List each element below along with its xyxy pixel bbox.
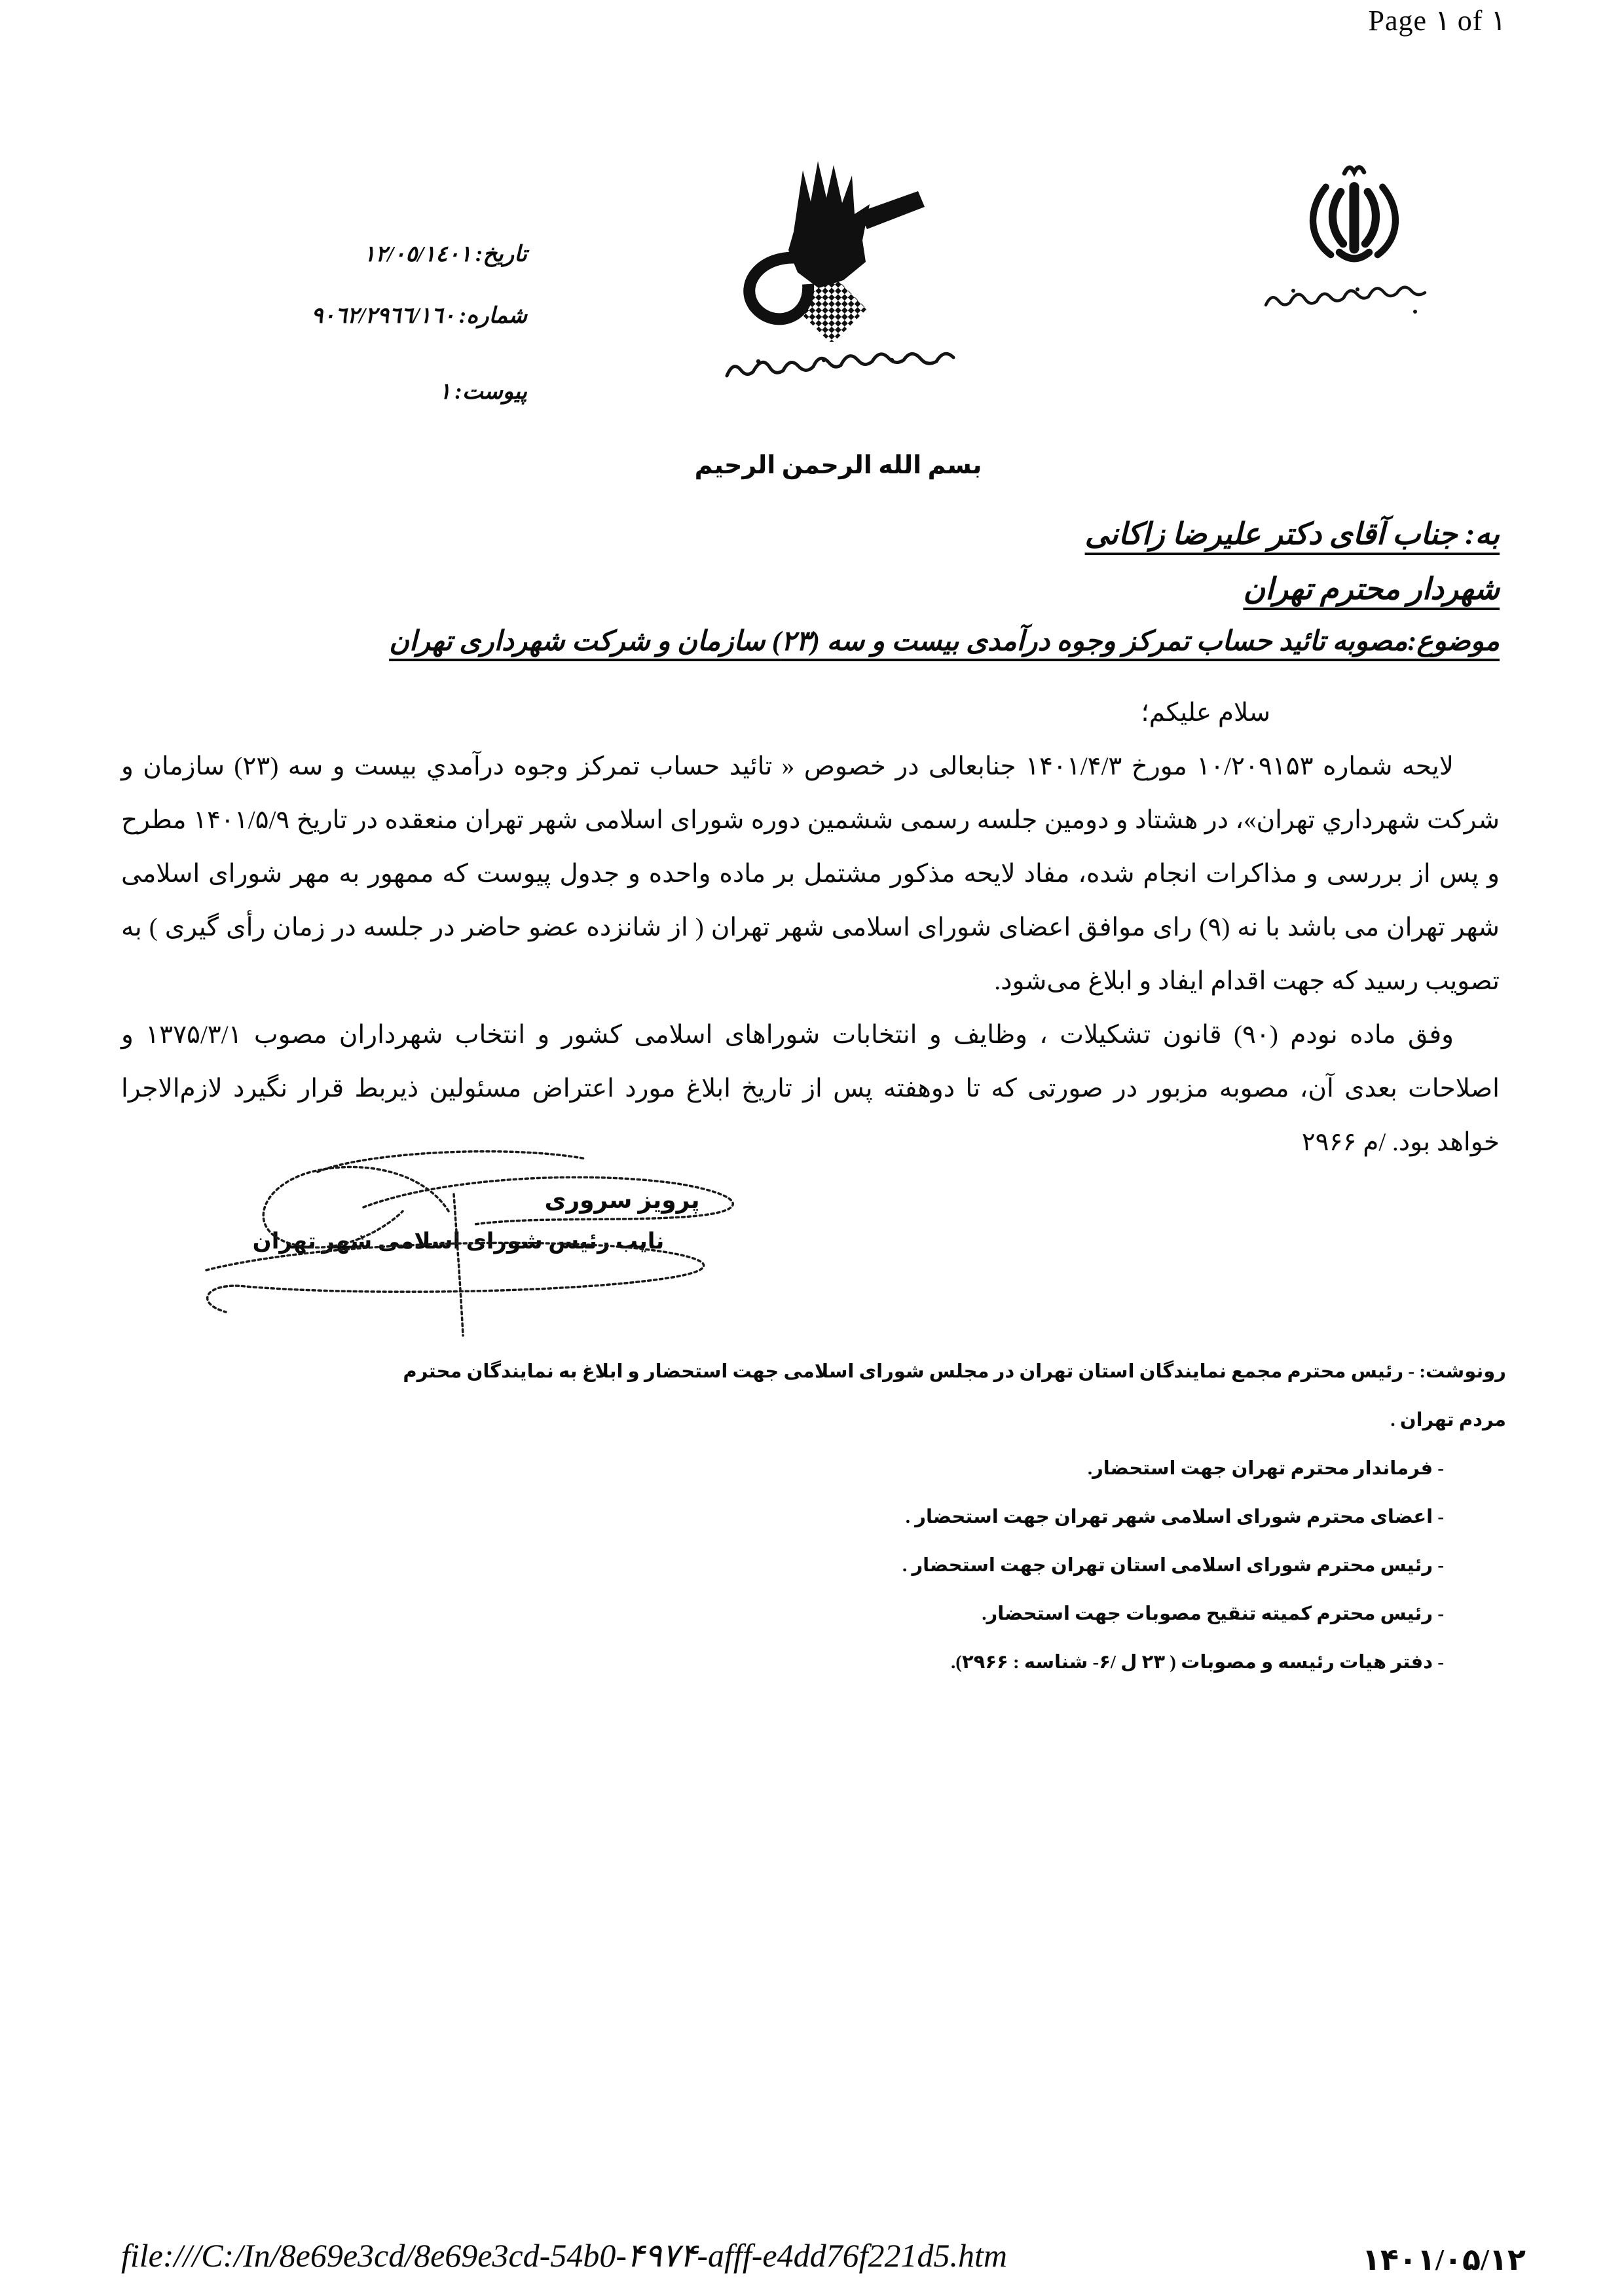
cc-line: - رئیس محترم شورای اسلامی استان تهران جه… [367, 1541, 1506, 1590]
tehran-council-logo: شورای اسلامی شهر تهران [720, 152, 969, 401]
body-line: تصویب رسید که جهت اقدام ایفاد و ابلاغ می… [121, 955, 1500, 1008]
footer-date: ۱۴۰۱/۰۵/۱۲ [1362, 2242, 1526, 2277]
subject-line: موضوع:مصوبه تائید حساب تمرکز وجوه درآمدی… [389, 625, 1500, 657]
body-line: اصلاحات بعدی آن، مصوبه مزبور در صورتی که… [121, 1062, 1500, 1116]
letter-date-line: تاريخ:١٢/٠٥/١٤٠١ [363, 241, 527, 267]
body-line: و پس از بررسی و مذاکرات انجام شده، مفاد … [121, 847, 1500, 901]
iran-emblem: جمهوری اسلامی ایران [1261, 162, 1444, 333]
signatory-title: نایب رئیس شورای اسلامی شهر تهران [190, 1228, 727, 1254]
letter-date-value: ١٢/٠٥/١٤٠١ [363, 242, 475, 266]
iran-calligraphy-icon [1261, 276, 1437, 322]
letter-body: سلام علیکم؛ لایحه شماره ۱۰/۲۰۹۱۵۳ مورخ ۱… [121, 686, 1500, 1169]
council-calligraphy-icon [720, 344, 956, 397]
letter-date-label: تاريخ: [475, 242, 527, 266]
page-number: Page ۱ of ۱ [1369, 4, 1506, 37]
signatory-name: پرویز سروری [485, 1186, 760, 1214]
body-line: خواهد بود. /م ۲۹۶۶ [121, 1116, 1500, 1169]
iran-emblem-icon [1292, 162, 1416, 267]
letter-number-line: شماره:٩٠٦٢/٢٩٦٦/١٦٠ [311, 302, 527, 329]
body-line: لایحه شماره ۱۰/۲۰۹۱۵۳ مورخ ۱۴۰۱/۴/۳ جناب… [121, 740, 1500, 793]
cc-line: - فرماندار محترم تهران جهت استحضار. [367, 1444, 1506, 1493]
tehran-council-emblem-icon [720, 152, 943, 342]
cc-line: - رئیس محترم کمیته تنقیح مصوبات جهت استح… [367, 1590, 1506, 1638]
cc-line: - دفتر هیات رئیسه و مصوبات ( ۲۳ ل /۶- شن… [367, 1638, 1506, 1686]
letter-attachment-label: پيوست: [455, 380, 527, 404]
addressee-line-1: به: جناب آقای دکتر علیرضا زاکانی [1085, 516, 1500, 551]
cc-list: رونوشت: - رئیس محترم مجمع نمایندگان استا… [367, 1347, 1506, 1686]
scanned-letter-page: Page ۱ of ۱ تاريخ:١٢/٠٥/١٤٠١ شماره:٩٠٦٢/… [0, 0, 1624, 2296]
letter-number-value: ٩٠٦٢/٢٩٦٦/١٦٠ [311, 304, 459, 328]
body-line: شرکت شهرداري تهران»، در هشتاد و دومین جل… [121, 793, 1500, 847]
letter-attachment-value: ١ [439, 380, 454, 404]
bismillah-line: بسم الله الرحمن الرحيم [0, 450, 1624, 480]
body-line: وفق ماده نودم (۹۰) قانون تشکیلات ، وظایف… [121, 1008, 1500, 1062]
addressee-title: شهردار محترم تهران [1243, 572, 1500, 606]
letter-number-label: شماره: [459, 304, 527, 328]
subject-text: موضوع:مصوبه تائید حساب تمرکز وجوه درآمدی… [389, 627, 1500, 657]
addressee-name: به: جناب آقای دکتر علیرضا زاکانی [1085, 517, 1500, 551]
letter-attachment-line: پيوست:١ [439, 378, 527, 405]
greeting-line: سلام علیکم؛ [121, 686, 1500, 740]
addressee-line-2: شهردار محترم تهران [1243, 571, 1500, 606]
footer-file-path: file:///C:/In/8e69e3cd/8e69e3cd-54b0-۴۹۷… [121, 2236, 1007, 2274]
body-line: شهر تهران می باشد با نه (۹) رای موافق اع… [121, 901, 1500, 955]
cc-line: رونوشت: - رئیس محترم مجمع نمایندگان استا… [367, 1347, 1506, 1444]
cc-line: - اعضای محترم شورای اسلامی شهر تهران جهت… [367, 1493, 1506, 1541]
